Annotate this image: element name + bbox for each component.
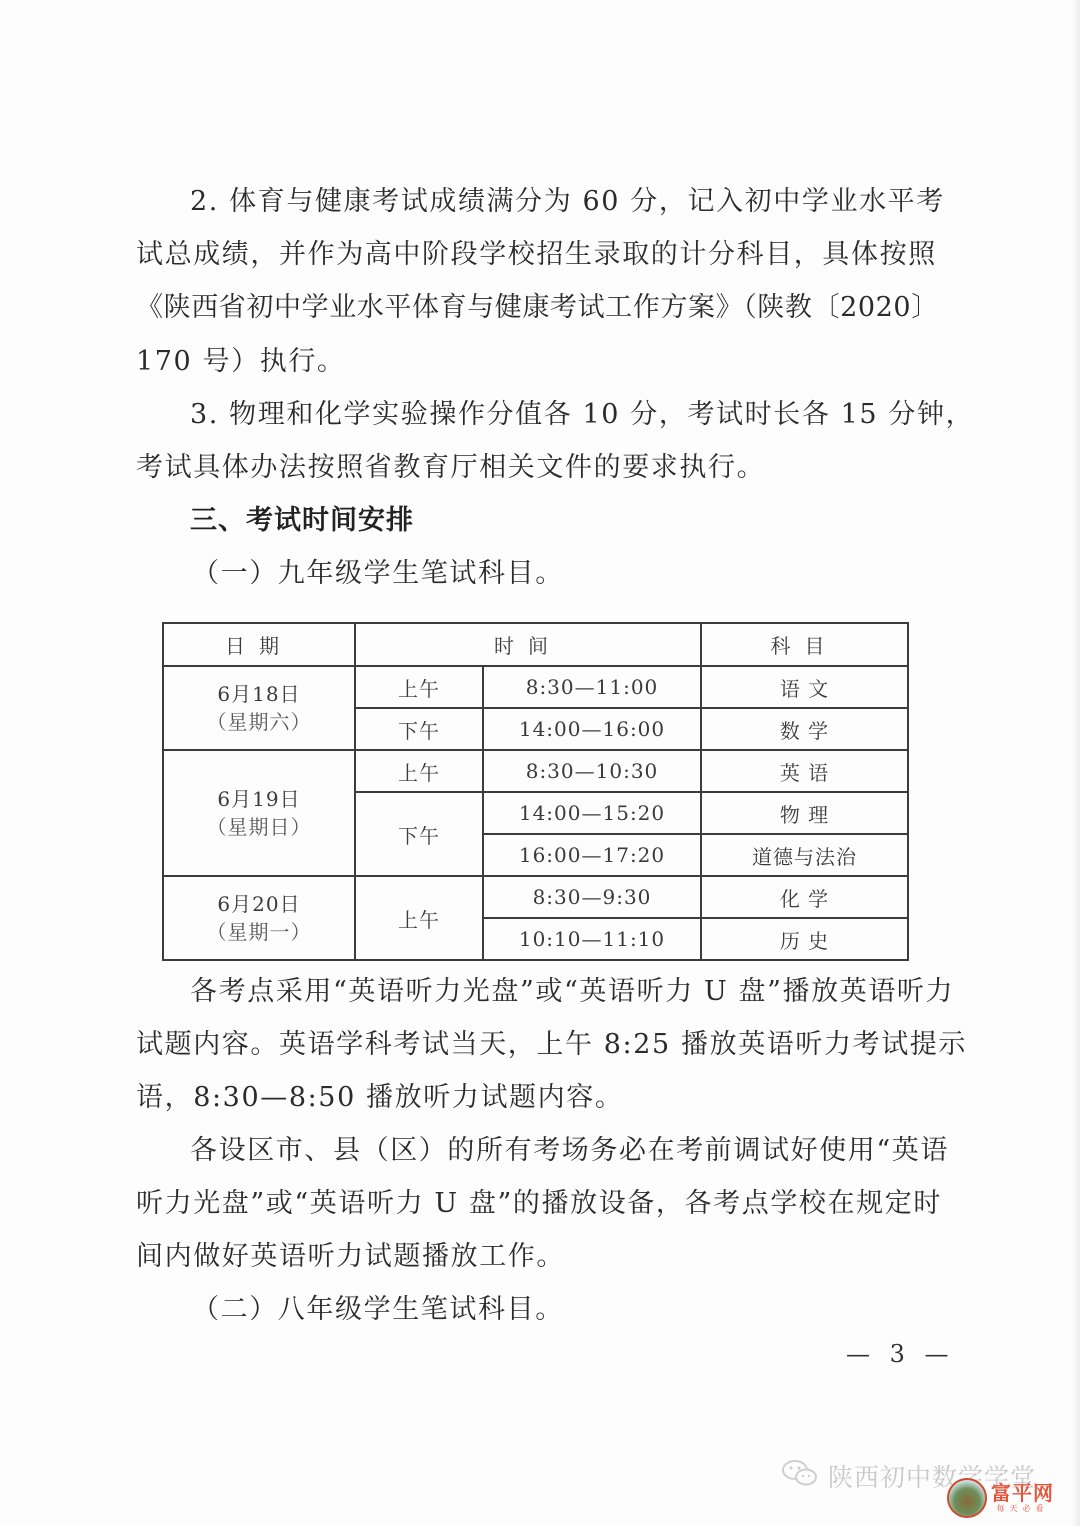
subject-cell: 物 理	[701, 792, 908, 834]
page-number: — 3 —	[846, 1340, 955, 1368]
paragraph-2-line-1: 2. 体育与健康考试成绩满分为 60 分，记入初中学业水平考	[190, 184, 945, 220]
subsection-heading-grade-8: （二）八年级学生笔试科目。	[192, 1292, 564, 1328]
date-cell: 6月20日 （星期一）	[163, 876, 355, 960]
listening-paragraph-line-3: 语，8:30—8:50 播放听力试题内容。	[136, 1080, 623, 1116]
table-row: 6月19日 （星期日） 上午 8:30—10:30 英 语	[163, 750, 908, 792]
gate-tower-icon	[947, 1478, 987, 1518]
period-cell: 下午	[355, 708, 483, 750]
subject-cell: 历 史	[701, 918, 908, 960]
header-subject: 科目	[701, 623, 908, 666]
paragraph-3-line-1: 3. 物理和化学实验操作分值各 10 分，考试时长各 15 分钟，	[190, 397, 974, 433]
listening-paragraph-line-2: 试题内容。英语学科考试当天，上午 8:25 播放英语听力考试提示	[136, 1027, 967, 1063]
listening-paragraph-line-1: 各考点采用“英语听力光盘”或“英语听力 U 盘”播放英语听力	[190, 974, 954, 1010]
equipment-paragraph-line-3: 间内做好英语听力试题播放工作。	[136, 1239, 565, 1275]
date-cell: 6月19日 （星期日）	[163, 750, 355, 876]
site-badge: 富平网 每天必看	[947, 1478, 1054, 1518]
time-cell: 14:00—15:20	[483, 792, 701, 834]
date-text: 6月20日	[217, 892, 300, 916]
date-text: 6月19日	[217, 787, 300, 811]
time-cell: 10:10—11:10	[483, 918, 701, 960]
subsection-heading-grade-9: （一）九年级学生笔试科目。	[192, 556, 564, 592]
paragraph-2-line-4: 170 号）执行。	[136, 344, 346, 380]
paragraph-2-line-3: 《陕西省初中学业水平体育与健康考试工作方案》（陕教〔2020〕	[136, 290, 939, 326]
date-text: 6月18日	[217, 682, 300, 706]
time-cell: 8:30—10:30	[483, 750, 701, 792]
subject-cell: 语 文	[701, 666, 908, 708]
table-row: 6月18日 （星期六） 上午 8:30—11:00 语 文	[163, 666, 908, 708]
period-cell: 上午	[355, 750, 483, 792]
paragraph-2-line-2: 试总成绩，并作为高中阶段学校招生录取的计分科目，具体按照	[136, 237, 937, 273]
subject-cell: 数 学	[701, 708, 908, 750]
equipment-paragraph-line-2: 听力光盘”或“英语听力 U 盘”的播放设备，各考点学校在规定时	[136, 1186, 942, 1222]
weekday-text: （星期日）	[164, 813, 354, 841]
table-row: 6月20日 （星期一） 上午 8:30—9:30 化 学	[163, 876, 908, 918]
subject-cell: 道德与法治	[701, 834, 908, 876]
time-cell: 14:00—16:00	[483, 708, 701, 750]
badge-title: 富平网	[991, 1482, 1054, 1504]
subject-cell: 英 语	[701, 750, 908, 792]
time-cell: 8:30—9:30	[483, 876, 701, 918]
weekday-text: （星期一）	[164, 918, 354, 946]
period-cell: 上午	[355, 876, 483, 960]
subject-cell: 化 学	[701, 876, 908, 918]
header-time: 时间	[355, 623, 701, 666]
exam-schedule-table: 日期 时间 科目 6月18日 （星期六） 上午 8:30—11:00 语 文 下…	[162, 622, 909, 961]
date-cell: 6月18日 （星期六）	[163, 666, 355, 750]
time-cell: 8:30—11:00	[483, 666, 701, 708]
wechat-icon	[780, 1458, 820, 1494]
badge-subtitle: 每天必看	[997, 1504, 1049, 1514]
section-heading: 三、考试时间安排	[190, 503, 414, 539]
paragraph-3-line-2: 考试具体办法按照省教育厅相关文件的要求执行。	[136, 450, 765, 486]
weekday-text: （星期六）	[164, 708, 354, 736]
table-header-row: 日期 时间 科目	[163, 623, 908, 666]
time-cell: 16:00—17:20	[483, 834, 701, 876]
period-cell: 下午	[355, 792, 483, 876]
period-cell: 上午	[355, 666, 483, 708]
page-edge-shadow	[1072, 0, 1080, 1526]
header-date: 日期	[163, 623, 355, 666]
document-page: 2. 体育与健康考试成绩满分为 60 分，记入初中学业水平考 试总成绩，并作为高…	[0, 0, 1080, 1526]
equipment-paragraph-line-1: 各设区市、县（区）的所有考场务必在考前调试好使用“英语	[190, 1133, 949, 1169]
